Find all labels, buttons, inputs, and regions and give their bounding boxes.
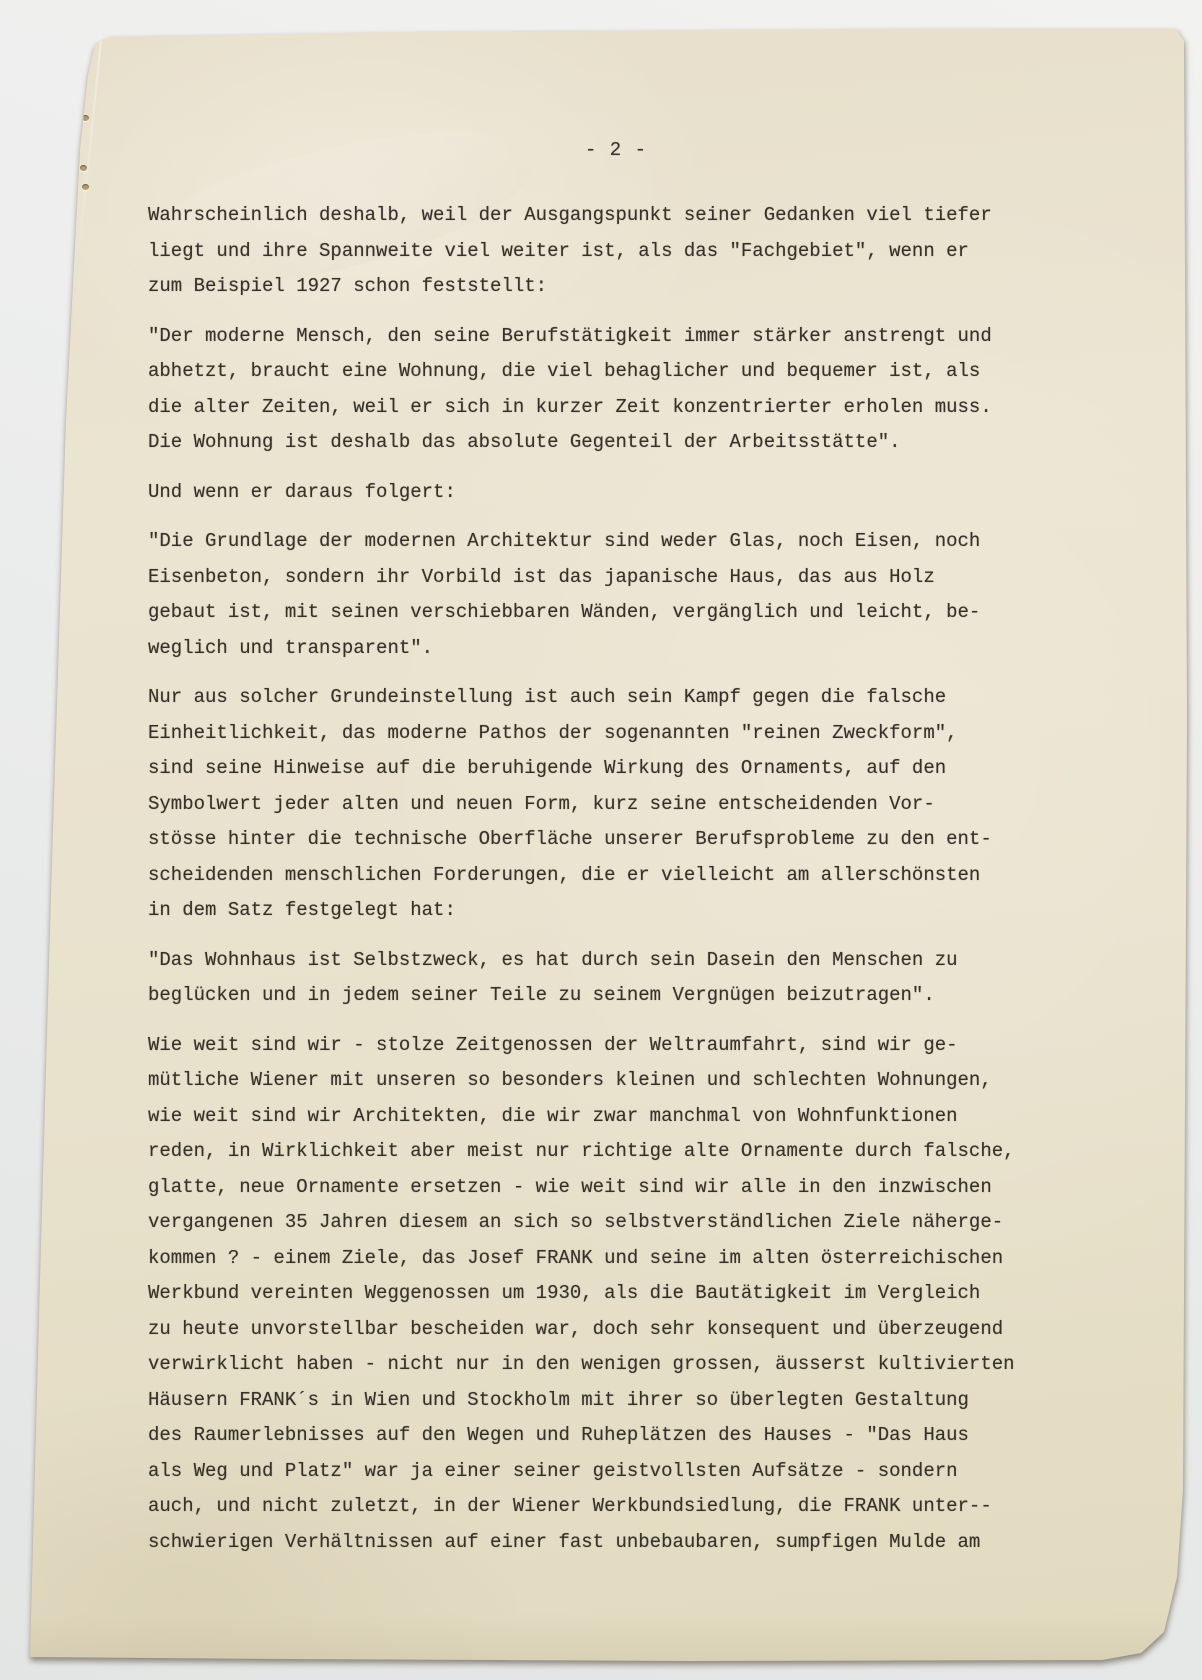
text-line: stösse hinter die technische Oberfläche …: [148, 822, 1048, 858]
text-line: gebaut ist, mit seinen verschiebbaren Wä…: [148, 595, 1048, 631]
text-line: zu heute unvorstellbar bescheiden war, d…: [148, 1312, 1048, 1348]
text-line: Häusern FRANK´s in Wien und Stockholm mi…: [148, 1383, 1048, 1419]
text-line: glatte, neue Ornamente ersetzen - wie we…: [148, 1170, 1048, 1206]
paragraph: Wie weit sind wir - stolze Zeitgenossen …: [148, 1028, 1048, 1561]
text-line: kommen ? - einem Ziele, das Josef FRANK …: [148, 1241, 1048, 1277]
text-line: wie weit sind wir Architekten, die wir z…: [148, 1099, 1048, 1135]
text-line: liegt und ihre Spannweite viel weiter is…: [148, 234, 1048, 270]
typed-text: Wahrscheinlich deshalb, weil der Ausgang…: [148, 198, 1048, 1574]
text-line: zum Beispiel 1927 schon feststellt:: [148, 269, 1048, 305]
text-line: scheidenden menschlichen Forderungen, di…: [148, 858, 1048, 894]
paragraph: Und wenn er daraus folgert:: [148, 475, 1048, 511]
paragraph: Wahrscheinlich deshalb, weil der Ausgang…: [148, 198, 1048, 305]
text-line: beglücken und in jedem seiner Teile zu s…: [148, 978, 1048, 1014]
scanned-page: - 2 - Wahrscheinlich deshalb, weil der A…: [0, 0, 1202, 1680]
paragraph: "Der moderne Mensch, den seine Berufstät…: [148, 319, 1048, 461]
text-line: Die Wohnung ist deshalb das absolute Geg…: [148, 425, 1048, 461]
text-line: Wahrscheinlich deshalb, weil der Ausgang…: [148, 198, 1048, 234]
text-line: vergangenen 35 Jahren diesem an sich so …: [148, 1205, 1048, 1241]
text-line: die alter Zeiten, weil er sich in kurzer…: [148, 390, 1048, 426]
text-line: auch, und nicht zuletzt, in der Wiener W…: [148, 1489, 1048, 1525]
text-line: Nur aus solcher Grundeinstellung ist auc…: [148, 680, 1048, 716]
paragraph: "Die Grundlage der modernen Architektur …: [148, 524, 1048, 666]
text-line: Und wenn er daraus folgert:: [148, 475, 1048, 511]
text-line: verwirklicht haben - nicht nur in den we…: [148, 1347, 1048, 1383]
text-line: "Der moderne Mensch, den seine Berufstät…: [148, 319, 1048, 355]
text-line: als Weg und Platz" war ja einer seiner g…: [148, 1454, 1048, 1490]
text-line: reden, in Wirklichkeit aber meist nur ri…: [148, 1134, 1048, 1170]
text-line: schwierigen Verhältnissen auf einer fast…: [148, 1525, 1048, 1561]
text-line: weglich und transparent".: [148, 631, 1048, 667]
text-line: sind seine Hinweise auf die beruhigende …: [148, 751, 1048, 787]
text-line: Eisenbeton, sondern ihr Vorbild ist das …: [148, 560, 1048, 596]
text-line: Werkbund vereinten Weggenossen um 1930, …: [148, 1276, 1048, 1312]
text-line: Symbolwert jeder alten und neuen Form, k…: [148, 787, 1048, 823]
text-line: "Das Wohnhaus ist Selbstzweck, es hat du…: [148, 943, 1048, 979]
text-line: Einheitlichkeit, das moderne Pathos der …: [148, 716, 1048, 752]
page-number: - 2 -: [585, 133, 647, 169]
text-line: abhetzt, braucht eine Wohnung, die viel …: [148, 354, 1048, 390]
paragraph: "Das Wohnhaus ist Selbstzweck, es hat du…: [148, 943, 1048, 1014]
paragraph: Nur aus solcher Grundeinstellung ist auc…: [148, 680, 1048, 929]
text-line: mütliche Wiener mit unseren so besonders…: [148, 1063, 1048, 1099]
text-line: in dem Satz festgelegt hat:: [148, 893, 1048, 929]
text-line: "Die Grundlage der modernen Architektur …: [148, 524, 1048, 560]
typescript-layer: - 2 - Wahrscheinlich deshalb, weil der A…: [0, 0, 1202, 1680]
text-line: des Raumerlebnisses auf den Wegen und Ru…: [148, 1418, 1048, 1454]
text-line: Wie weit sind wir - stolze Zeitgenossen …: [148, 1028, 1048, 1064]
